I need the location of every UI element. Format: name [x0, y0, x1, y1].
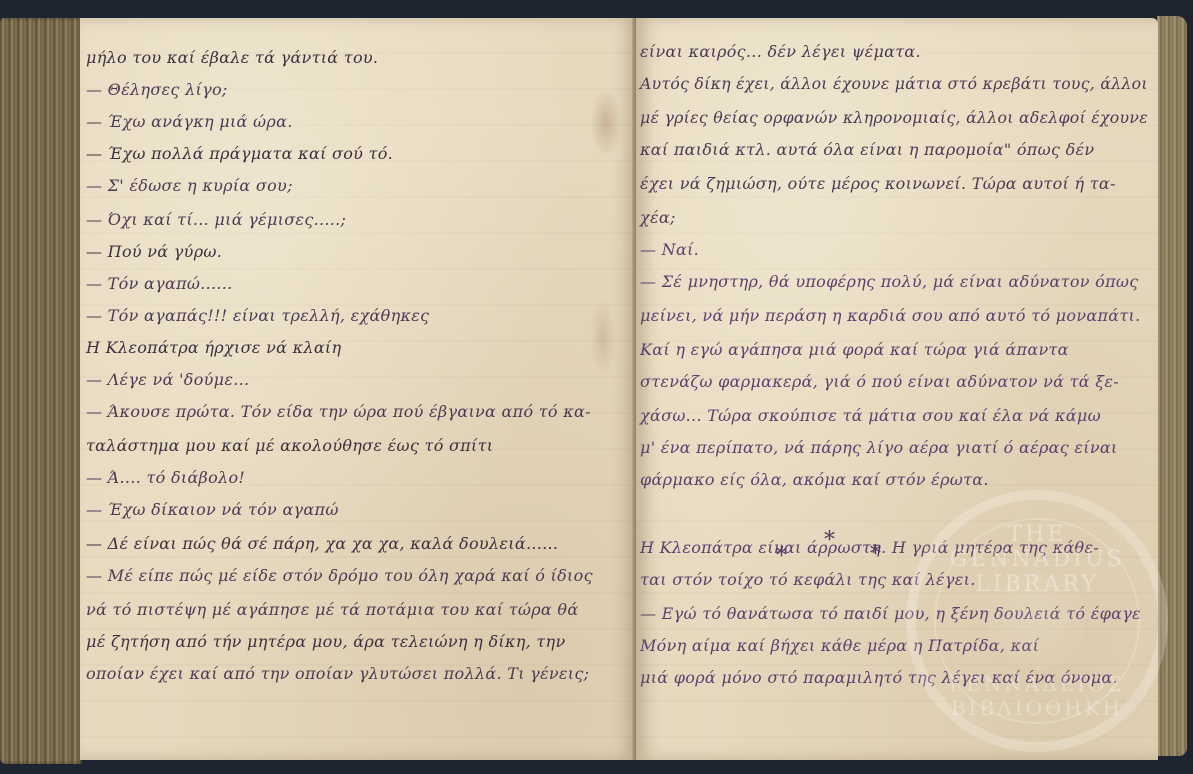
section-separator: * * *: [776, 528, 896, 568]
handwritten-line: — Έχω πολλά πράγματα καί σού τό.: [86, 144, 393, 163]
handwritten-line: — Έχω ανάγκη μιά ώρα.: [86, 112, 293, 131]
handwritten-line: ταλάστημα μου καί μέ ακολούθησε έως τό σ…: [86, 436, 493, 455]
handwritten-line: — Λέγε νά 'δούμε...: [86, 370, 249, 389]
handwritten-line: στενάζω φαρμακερά, γιά ό πού είναι αδύνα…: [640, 372, 1119, 391]
handwritten-line: — Έχω δίκαιον νά τόν αγαπώ: [86, 500, 339, 519]
left-page-edges: [0, 18, 82, 764]
handwritten-line: έχει νά ζημιώση, ούτε μέρος κοινωνεί. Τώ…: [640, 174, 1116, 193]
handwritten-line: μήλο του καί έβαλε τά γάντιά του.: [86, 48, 378, 67]
handwritten-line: Η Κλεοπάτρα ήρχισε νά κλαίη: [86, 338, 341, 357]
handwritten-line: — Μέ είπε πώς μέ είδε στόν δρόμο του όλη…: [86, 566, 593, 585]
handwritten-line: Καί η εγώ αγάπησα μιά φορά καί τώρα γιά …: [640, 340, 1069, 359]
handwritten-line: καί παιδιά κτλ. αυτά όλα είναι η παρομοί…: [640, 140, 1094, 159]
open-notebook: μήλο του καί έβαλε τά γάντιά του.— Θέλησ…: [0, 14, 1193, 766]
handwritten-line: — Σέ μνηστηρ, θά υποφέρης πολύ, μά είναι…: [640, 272, 1139, 291]
handwritten-line: είναι καιρός... δέν λέγει ψέματα.: [640, 42, 921, 61]
handwritten-line: — Σ' έδωσε η κυρία σου;: [86, 176, 293, 195]
right-page: είναι καιρός... δέν λέγει ψέματα.Αυτός δ…: [636, 18, 1158, 760]
handwritten-line: χέα;: [640, 208, 676, 227]
handwritten-line: — Ά.... τό διάβολο!: [86, 468, 245, 487]
handwritten-line: νά τό πιστέψη μέ αγάπησε μέ τά ποτάμια τ…: [86, 600, 578, 619]
handwritten-line: οποίαν έχει καί από την οποίαν γλυτώσει …: [86, 664, 589, 683]
library-watermark-stamp: THE GENNADIUS LIBRARY ΓΕΝΝΑΔΕΙΟΣ ΒΙΒΛΙΟΘ…: [906, 490, 1168, 752]
left-page-text: μήλο του καί έβαλε τά γάντιά του.— Θέλησ…: [80, 18, 636, 760]
watermark-text-greek: ΓΕΝΝΑΔΕΙΟΣ ΒΙΒΛΙΟΘΗΚΗ: [916, 672, 1158, 720]
asterisk-icon: *: [870, 542, 881, 567]
asterisk-icon: *: [824, 528, 835, 553]
handwritten-line: μ' ένα περίπατο, νά πάρης λίγο αέρα γιατ…: [640, 438, 1118, 457]
handwritten-line: — Δέ είναι πώς θά σέ πάρη, χα χα χα, καλ…: [86, 534, 558, 553]
asterisk-icon: *: [776, 544, 787, 569]
handwritten-line: μείνει, νά μήν περάση η καρδιά σου από α…: [640, 306, 1140, 325]
watermark-text-english: THE GENNADIUS LIBRARY: [916, 522, 1158, 597]
left-page: μήλο του καί έβαλε τά γάντιά του.— Θέλησ…: [80, 18, 636, 760]
handwritten-line: — Όχι καί τί... μιά γέμισες.....;: [86, 210, 346, 229]
handwritten-line: — Πού νά γύρω.: [86, 242, 222, 261]
handwritten-line: χάσω... Τώρα σκούπισε τά μάτια σου καί έ…: [640, 406, 1101, 425]
handwritten-line: φάρμακο είς όλα, ακόμα καί στόν έρωτα.: [640, 470, 989, 489]
handwritten-line: — Άκουσε πρώτα. Τόν είδα την ώρα πού έβγ…: [86, 402, 591, 421]
handwritten-line: — Θέλησες λίγο;: [86, 80, 228, 99]
handwritten-line: μέ γρίες θείας ορφανών κληρονομιαίς, άλλ…: [640, 108, 1148, 127]
handwritten-line: μέ ζητήση από τήν μητέρα μου, άρα τελειώ…: [86, 632, 565, 651]
handwritten-line: — Τόν αγαπώ......: [86, 274, 233, 293]
handwritten-line: — Τόν αγαπάς!!! είναι τρελλή, εχάθηκες: [86, 306, 429, 325]
handwritten-line: Αυτός δίκη έχει, άλλοι έχουνε μάτια στό …: [640, 74, 1148, 93]
handwritten-line: — Ναί.: [640, 240, 699, 259]
